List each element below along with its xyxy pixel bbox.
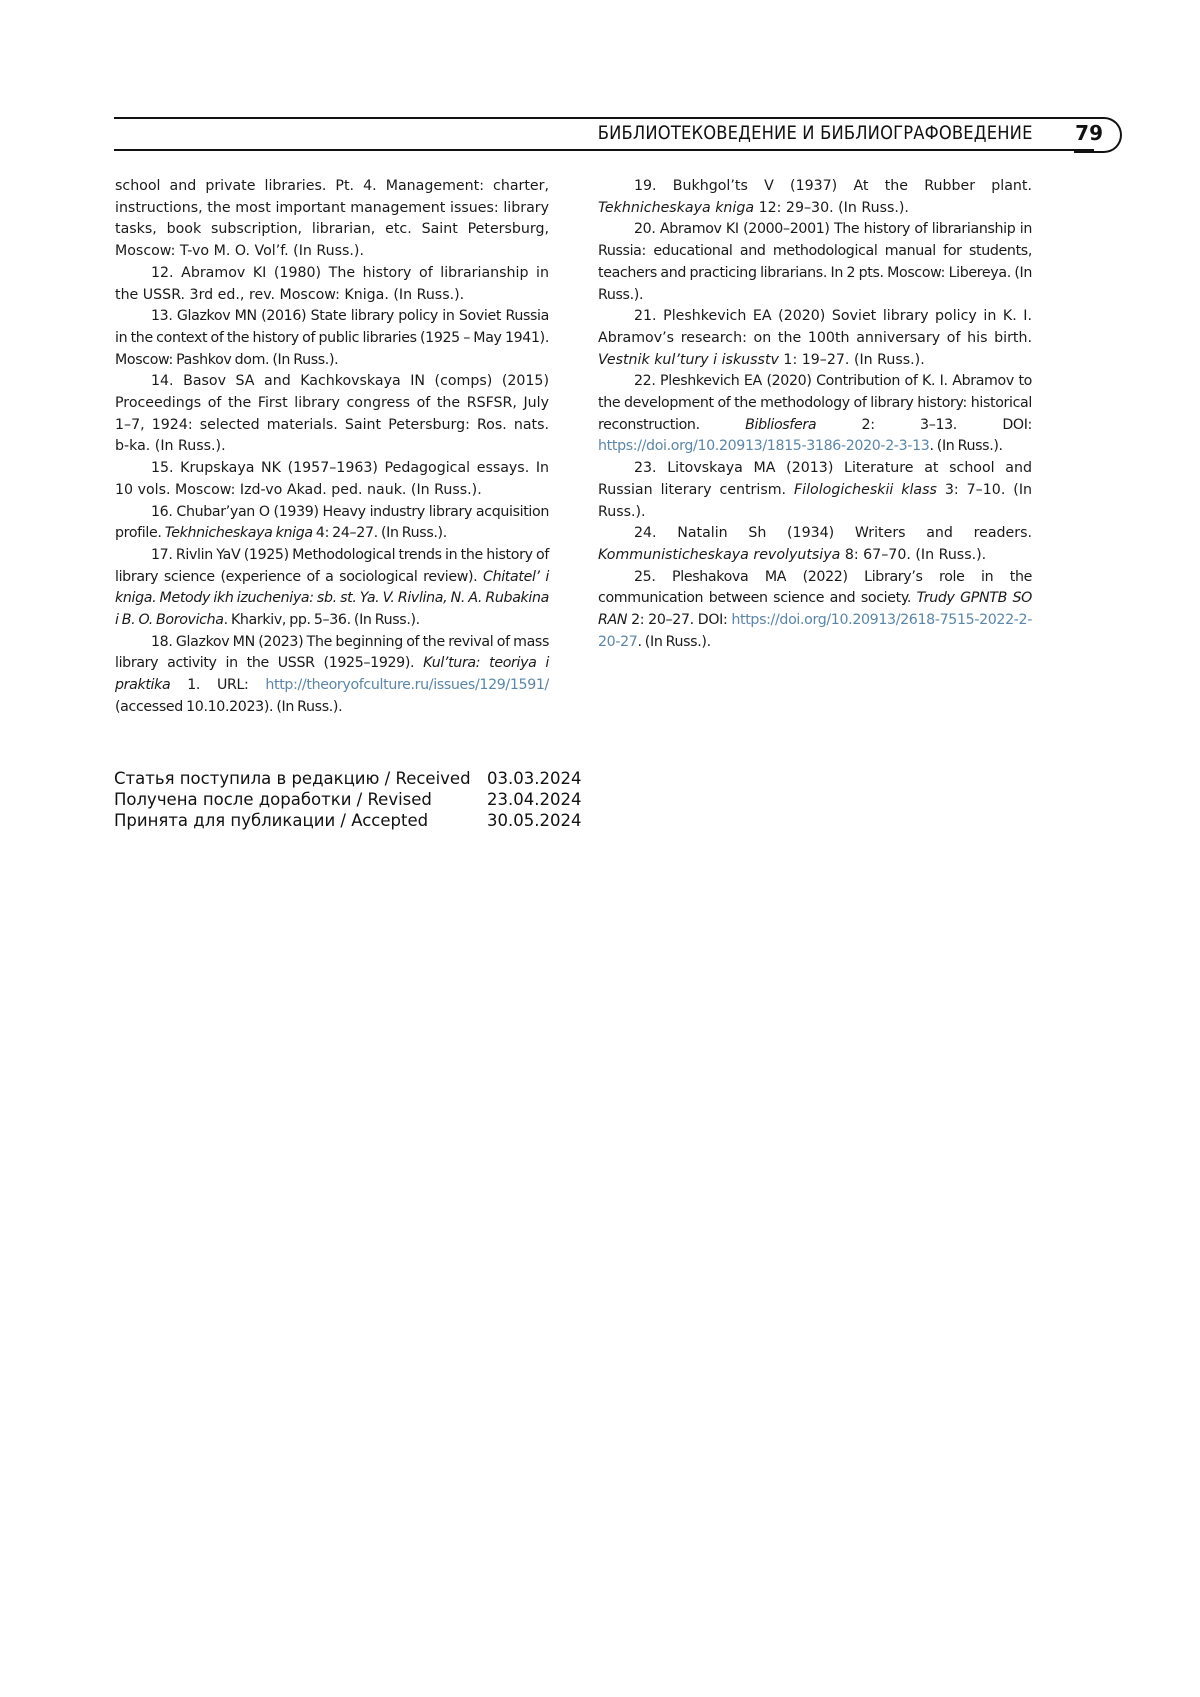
date-received-row: Статья поступила в редакцию / Received 0… xyxy=(114,768,587,789)
reference-22: 22. Pleshkevich EA (2020) Contribution o… xyxy=(598,371,1032,458)
article-dates: Статья поступила в редакцию / Received 0… xyxy=(114,768,587,831)
date-value: 23.04.2024 xyxy=(487,789,587,810)
doi-link[interactable]: https://doi.org/10.20913/1815-3186-2020-… xyxy=(598,438,929,454)
header-top-rule xyxy=(114,117,1094,119)
references-left-column: school and private libraries. Pt. 4. Man… xyxy=(115,176,549,719)
page-number: 79 xyxy=(1075,121,1103,145)
reference-14: 14. Basov SA and Kachkovskaya IN (comps)… xyxy=(115,371,549,458)
journal-title: Bibliosfera xyxy=(745,417,816,433)
date-revised-row: Получена после доработки / Revised 23.04… xyxy=(114,789,587,810)
journal-title: Tekhnicheskaya kniga xyxy=(598,200,754,216)
reference-17: 17. Rivlin YaV (1925) Methodological tre… xyxy=(115,545,549,632)
reference-24: 24. Natalin Sh (1934) Writers and reader… xyxy=(598,523,1032,566)
date-label: Принята для публикации / Accepted xyxy=(114,810,487,831)
reference-19: 19. Bukhgol’ts V (1937) At the Rubber pl… xyxy=(598,176,1032,219)
reference-25: 25. Pleshakova MA (2022) Library’s role … xyxy=(598,567,1032,654)
reference-url-link[interactable]: http://theoryofculture.ru/issues/129/159… xyxy=(265,677,549,693)
date-label: Получена после доработки / Revised xyxy=(114,789,487,810)
reference-13: 13. Glazkov MN (2016) State library poli… xyxy=(115,306,549,371)
reference-20: 20. Abramov KI (2000–2001) The history o… xyxy=(598,219,1032,306)
running-header: БИБЛИОТЕКОВЕДЕНИЕ И БИБЛИОГРАФОВЕДЕНИЕ 7… xyxy=(114,117,1123,150)
date-accepted-row: Принята для публикации / Accepted 30.05.… xyxy=(114,810,587,831)
reference-16: 16. Chubar’yan O (1939) Heavy industry l… xyxy=(115,502,549,545)
journal-title: Filologicheskii klass xyxy=(794,482,937,498)
reference-21: 21. Pleshkevich EA (2020) Soviet library… xyxy=(598,306,1032,371)
references-right-column: 19. Bukhgol’ts V (1937) At the Rubber pl… xyxy=(598,176,1032,653)
section-title: БИБЛИОТЕКОВЕДЕНИЕ И БИБЛИОГРАФОВЕДЕНИЕ xyxy=(598,122,1033,144)
journal-title: Tekhnicheskaya kniga xyxy=(165,525,313,541)
reference-23: 23. Litovskaya MA (2013) Literature at s… xyxy=(598,458,1032,523)
journal-title: Kommunisticheskaya revolyutsiya xyxy=(598,547,840,563)
reference-18: 18. Glazkov MN (2023) The beginning of t… xyxy=(115,632,549,719)
journal-title: Vestnik kul’tury i iskusstv xyxy=(598,352,779,368)
date-label: Статья поступила в редакцию / Received xyxy=(114,768,487,789)
header-bottom-rule xyxy=(114,149,1094,151)
date-value: 03.03.2024 xyxy=(487,768,587,789)
reference-continuation: school and private libraries. Pt. 4. Man… xyxy=(115,176,549,263)
date-value: 30.05.2024 xyxy=(487,810,587,831)
reference-12: 12. Abramov KI (1980) The history of lib… xyxy=(115,263,549,306)
reference-15: 15. Krupskaya NK (1957–1963) Pedagogical… xyxy=(115,458,549,501)
